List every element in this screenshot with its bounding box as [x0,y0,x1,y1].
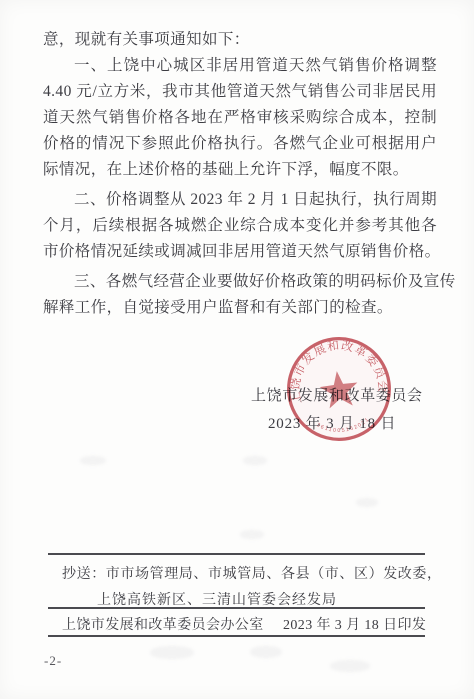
body-line: 解释工作，自觉接受用户监督和有关部门的检查。 [43,295,437,321]
footer-divider-middle [48,607,425,609]
scan-smudge [330,660,370,672]
scanned-document-page: 意，现就有关事项通知如下： 一、上饶中心城区非居用管道天然气销售价格调整为 4.… [0,0,474,699]
issuing-office: 上饶市发展和改革委员会办公室 [62,614,264,634]
body-line: 一、上饶中心城区非居用管道天然气销售价格调整为 [43,53,437,79]
scan-smudge [150,646,194,659]
body-line: 4.40 元/立方米，我市其他管道天然气销售公司非居民用管 [43,79,437,105]
footer-divider-top [48,553,425,555]
body-line: 意，现就有关事项通知如下： [43,27,437,53]
scan-smudge [356,498,378,507]
cc-line-2: 上饶高铁新区、三清山管委会经发局 [97,589,337,609]
body-line: 个月，后续根据各城燃企业综合成本变化并参考其他各设区 [43,213,437,239]
cc-line-1: 抄送：市市场管理局、市城管局、各县（市、区）发改委， [62,563,442,583]
scan-smudge [240,530,264,539]
footer-divider-bottom [48,635,425,637]
official-seal: 上饶市发展和改革委员会 3611005162021 [273,325,404,453]
body-line: 价格的情况下参照此价格执行。各燃气企业可根据用户的实 [43,131,437,157]
scan-smudge [250,646,282,658]
document-body: 意，现就有关事项通知如下： 一、上饶中心城区非居用管道天然气销售价格调整为 4.… [43,27,437,321]
scan-smudge [243,456,267,465]
body-line: 市价格情况延续或调减回非居用管道天然气原销售价格。 [43,239,437,265]
page-number: -2- [44,653,62,669]
scan-smudge [80,456,106,465]
print-date: 2023 年 3 月 18 日印发 [283,614,426,634]
body-line: 道天然气销售价格各地在严格审核采购综合成本，控制配气 [43,105,437,131]
body-line: 二、价格调整从 2023 年 2 月 1 日起执行，执行周期为 3 [43,187,437,213]
body-line: 三、各燃气经营企业要做好价格政策的明码标价及宣传 [43,269,437,295]
body-line: 际情况，在上述价格的基础上允许下浮，幅度不限。 [43,157,437,183]
